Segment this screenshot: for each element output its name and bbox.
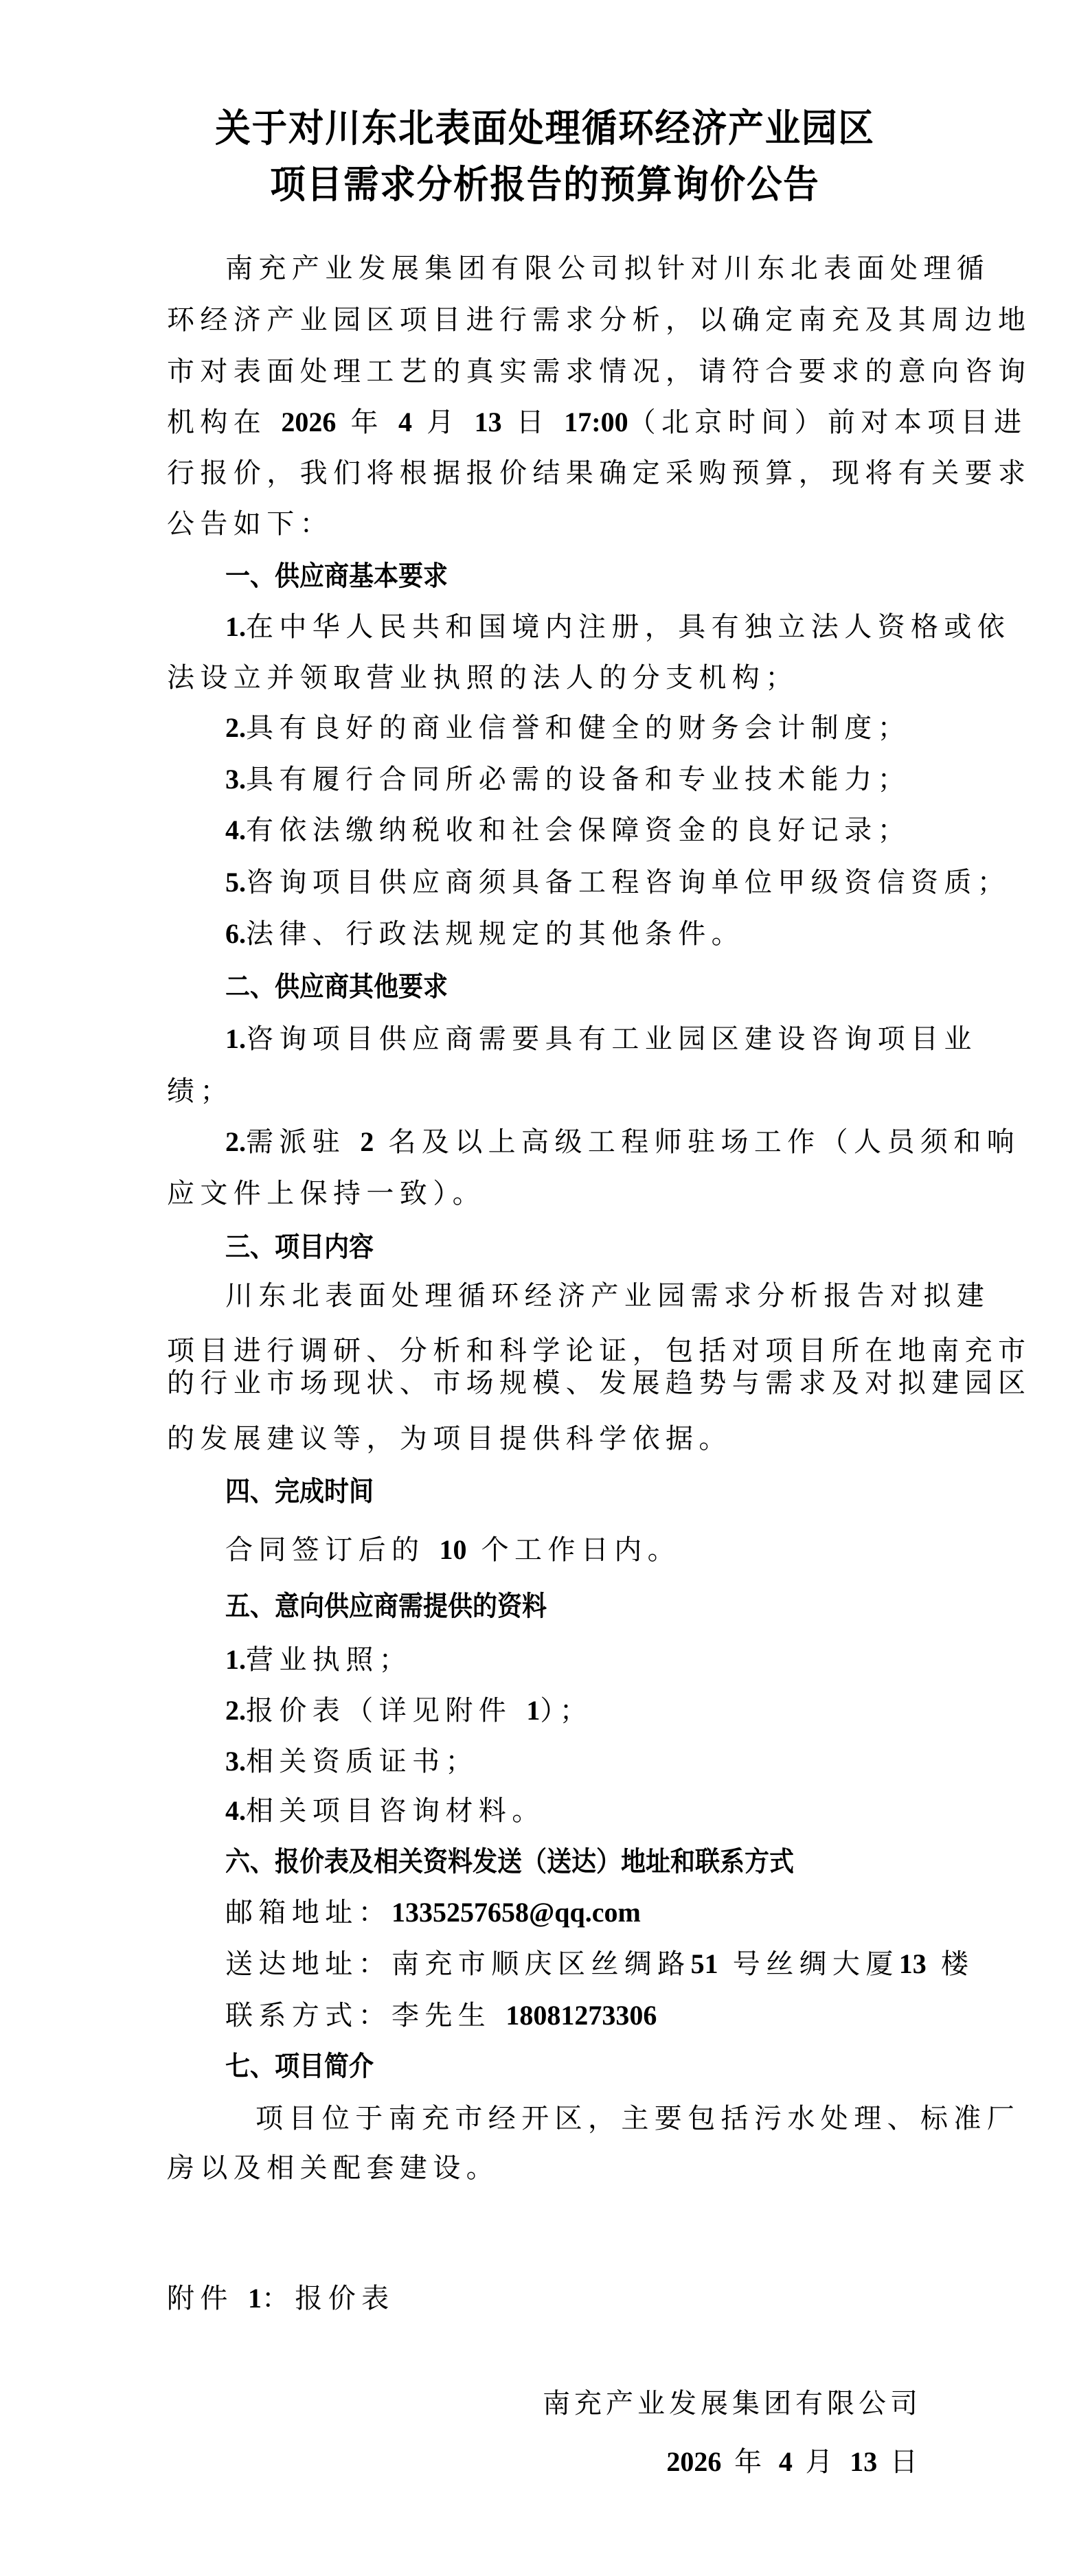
address-row: 送达地址：南充市顺庆区丝绸路51 号丝绸大厦13 楼 (225, 1948, 974, 1981)
document-title-line-1: 关于对川东北表面处理循环经济产业园区 (43, 107, 1046, 151)
address-label: 送达地址： (225, 1948, 391, 1980)
intro-text: 月 (427, 407, 459, 438)
intro-line-5: 行报价，我们将根据报价结果确定采购预算，现将有关要求 (167, 457, 1031, 490)
date-unit: 月 (806, 2446, 837, 2478)
intro-line-1: 南充产业发展集团有限公司拟针对川东北表面处理循 (225, 252, 990, 285)
item-text: 具有良好的商业信誉和健全的财务会计制度； (246, 712, 911, 744)
section-heading-6: 六、报价表及相关资料发送（送达）地址和联系方式 (225, 1845, 794, 1878)
s1-item-2: 2.具有良好的商业信誉和健全的财务会计制度； (225, 711, 911, 744)
deadline-year: 2026 (281, 407, 336, 437)
item-number: 6. (225, 918, 246, 949)
s5-item-2: 2.报价表（详见附件 1）； (225, 1694, 593, 1727)
s4-text: 合同签订后的 10 个工作日内。 (225, 1534, 681, 1566)
contact-label: 联系方式： (225, 2000, 391, 2031)
section-heading-2: 二、供应商其他要求 (225, 970, 448, 1003)
deadline-time: 17:00 (564, 407, 628, 437)
item-number: 2. (225, 1695, 246, 1726)
item-text: 在中华人民共和国境内注册，具有独立法人资格或依 (246, 611, 1010, 643)
date-day: 13 (850, 2446, 877, 2477)
deadline-day: 13 (475, 407, 502, 437)
section-heading-7: 七、项目简介 (225, 2050, 374, 2083)
s1-item-3: 3.具有履行合同所必需的设备和专业技术能力； (225, 763, 911, 796)
engineer-count: 2 (360, 1126, 374, 1157)
address-number: 51 (691, 1948, 718, 1979)
address-floor: 13 (899, 1948, 927, 1979)
item-number: 1. (225, 611, 246, 642)
s2-item-1-line-2: 绩； (167, 1075, 234, 1108)
date-month: 4 (779, 2446, 793, 2477)
item-number: 3. (225, 764, 246, 795)
item-text: 合同签订后的 (225, 1534, 424, 1566)
section-heading-4: 四、完成时间 (225, 1475, 374, 1508)
email-label: 邮箱地址： (225, 1897, 391, 1928)
item-number: 2. (225, 712, 246, 743)
date-year: 2026 (666, 2446, 721, 2477)
s2-item-1-line-1: 1.咨询项目供应商需要具有工业园区建设咨询项目业 (225, 1023, 977, 1056)
item-text: 法律、行政法规规定的其他条件。 (246, 918, 745, 950)
item-text: 咨询项目供应商须具备工程咨询单位甲级资信资质； (246, 867, 1010, 898)
item-text: 有依法缴纳税收和社会保障资金的良好记录； (246, 814, 911, 846)
contact-name: 李先生 (391, 2000, 491, 2031)
attachment-text[interactable]: ：报价表 (262, 2283, 395, 2314)
intro-line-4: 机构在 2026 年 4 月 13 日 17:00（北京时间）前对本项目进 (167, 406, 1027, 439)
item-text: 具有履行合同所必需的设备和专业技术能力； (246, 764, 911, 795)
item-text: 需派驻 (246, 1126, 345, 1158)
item-text: 名及以上高级工程师驻场工作（人员须和响 (388, 1126, 1020, 1158)
item-number: 1. (225, 1023, 246, 1054)
email-link[interactable]: 1335257658@qq.com (391, 1897, 641, 1928)
section-heading-3: 三、项目内容 (225, 1231, 374, 1264)
item-text: 个工作日内。 (481, 1534, 681, 1566)
item-number: 4. (225, 814, 246, 845)
item-number: 4. (225, 1795, 246, 1826)
s2-item-2-line-2: 应文件上保持一致）。 (167, 1177, 486, 1210)
s5-item-3: 3.相关资质证书； (225, 1745, 479, 1778)
item-text: ）； (540, 1695, 593, 1726)
deadline-month: 4 (398, 407, 412, 437)
contact-phone[interactable]: 18081273306 (506, 2000, 657, 2031)
intro-text: 机构在 (167, 407, 266, 438)
email-row: 邮箱地址：1335257658@qq.com (225, 1896, 641, 1929)
section-heading-5: 五、意向供应商需提供的资料 (225, 1590, 547, 1623)
item-number: 3. (225, 1746, 246, 1777)
intro-text: （北京时间）前对本项目进 (628, 407, 1027, 438)
s3-line-2: 项目进行调研、分析和科学论证，包括对项目所在地南充市 (167, 1334, 1031, 1367)
intro-line-3: 市对表面处理工艺的真实需求情况，请符合要求的意向咨询 (167, 355, 1031, 388)
s1-item-5: 5.咨询项目供应商须具备工程咨询单位甲级资信资质； (225, 866, 1010, 899)
s2-item-2-line-1: 2.需派驻 2 名及以上高级工程师驻场工作（人员须和响 (225, 1126, 1020, 1159)
item-number: 5. (225, 867, 246, 898)
item-text: 咨询项目供应商需要具有工业园区建设咨询项目业 (246, 1023, 977, 1055)
item-text: 相关项目咨询材料。 (246, 1795, 545, 1827)
s3-line-1: 川东北表面处理循环经济产业园需求分析报告对拟建 (225, 1279, 990, 1312)
address-text: 楼 (941, 1948, 974, 1980)
date-unit: 年 (734, 2446, 766, 2478)
attachment-text: 附件 (167, 2283, 234, 2314)
s5-item-4: 4.相关项目咨询材料。 (225, 1794, 545, 1827)
item-text: 营业执照； (246, 1644, 412, 1676)
s1-item-6: 6.法律、行政法规规定的其他条件。 (225, 917, 745, 950)
signature-date: 2026 年 4 月 13 日 (666, 2446, 922, 2478)
address-text: 号丝绸大厦 (733, 1948, 899, 1980)
item-number: 1. (225, 1644, 246, 1675)
document-page: 关于对川东北表面处理循环经济产业园区 项目需求分析报告的预算询价公告 南充产业发… (0, 0, 1090, 2576)
s1-item-1-line-1: 1.在中华人民共和国境内注册，具有独立法人资格或依 (225, 611, 1010, 643)
intro-text: 日 (516, 407, 549, 438)
intro-line-6: 公告如下： (167, 508, 333, 540)
attachment-number: 1 (526, 1695, 540, 1726)
signature-org: 南充产业发展集团有限公司 (543, 2387, 922, 2420)
workdays-count: 10 (440, 1534, 467, 1565)
date-unit: 日 (890, 2446, 922, 2478)
attachment-line: 附件 1：报价表 (167, 2282, 395, 2315)
s7-line-2: 房以及相关配套建设。 (167, 2152, 499, 2185)
intro-line-2: 环经济产业园区项目进行需求分析，以确定南充及其周边地 (167, 304, 1031, 337)
s5-item-1: 1.营业执照； (225, 1643, 412, 1676)
attachment-number: 1 (248, 2283, 262, 2314)
item-number: 2. (225, 1126, 246, 1157)
s1-item-4: 4.有依法缴纳税收和社会保障资金的良好记录； (225, 814, 911, 847)
s7-line-1: 项目位于南充市经开区，主要包括污水处理、标准厂 (256, 2102, 1020, 2135)
s3-line-4: 的发展建议等，为项目提供科学依据。 (167, 1422, 732, 1455)
item-text: 相关资质证书； (246, 1746, 479, 1777)
address-text: 南充市顺庆区丝绸路 (391, 1948, 691, 1980)
contact-row: 联系方式：李先生 18081273306 (225, 1999, 657, 2032)
section-heading-1: 一、供应商基本要求 (225, 560, 448, 593)
s1-item-1-line-2: 法设立并领取营业执照的法人的分支机构； (167, 661, 799, 694)
intro-text: 年 (350, 407, 383, 438)
s3-line-3: 的行业市场现状、市场规模、发展趋势与需求及对拟建园区 (167, 1367, 1031, 1400)
document-title-line-2: 项目需求分析报告的预算询价公告 (43, 163, 1046, 207)
item-text: 报价表（详见附件 (246, 1695, 512, 1726)
